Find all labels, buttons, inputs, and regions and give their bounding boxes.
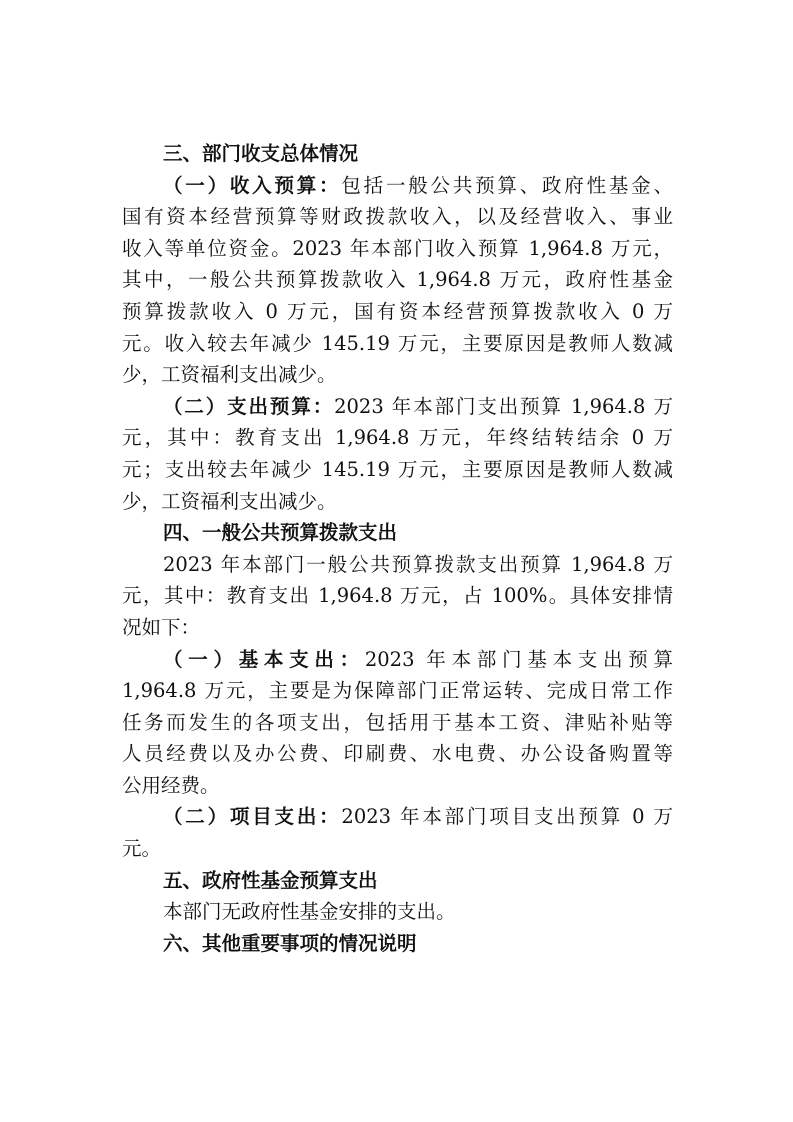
text-line: 元。 — [122, 833, 673, 865]
income-budget-paragraph: （一）收入预算：包括一般公共预算、政府性基金、 — [122, 170, 673, 202]
text-line: 收入等单位资金。2023 年本部门收入预算 1,964.8 万元， — [122, 233, 673, 265]
text-line: 少，工资福利支出减少。 — [122, 486, 673, 518]
section-heading-other-important-matters: 六、其他重要事项的情况说明 — [122, 928, 673, 960]
section-heading-revenue-expenditure-overview: 三、部门收支总体情况 — [122, 138, 673, 170]
text-line: 元，其中：教育支出 1,964.8 万元，年终结转结余 0 万 — [122, 422, 673, 454]
text-line: 2023 年本部门一般公共预算拨款支出预算 1,964.8 万 — [122, 549, 673, 581]
text-line: 人员经费以及办公费、印刷费、水电费、办公设备购置等 — [122, 738, 673, 770]
text-line: 其中，一般公共预算拨款收入 1,964.8 万元，政府性基金 — [122, 264, 673, 296]
text-line: 预算拨款收入 0 万元，国有资本经营预算拨款收入 0 万 — [122, 296, 673, 328]
text-line: 元。收入较去年减少 145.19 万元，主要原因是教师人数减 — [122, 328, 673, 360]
text-line: 元，其中：教育支出 1,964.8 万元，占 100%。具体安排情 — [122, 580, 673, 612]
text-line: 1,964.8 万元，主要是为保障部门正常运转、完成日常工作 — [122, 675, 673, 707]
project-expenditure-label: （二）项目支出： — [163, 805, 341, 828]
text-line: 公用经费。 — [122, 770, 673, 802]
section-heading-general-budget-expenditure: 四、一般公共预算拨款支出 — [122, 517, 673, 549]
income-budget-label: （一）收入预算： — [163, 174, 341, 197]
expense-budget-paragraph: （二）支出预算：2023 年本部门支出预算 1,964.8 万 — [122, 391, 673, 423]
project-expenditure-paragraph: （二）项目支出：2023 年本部门项目支出预算 0 万 — [122, 801, 673, 833]
basic-expenditure-label: （一）基本支出： — [163, 648, 365, 671]
text-line: 任务而发生的各项支出，包括用于基本工资、津贴补贴等 — [122, 707, 673, 739]
basic-expenditure-paragraph: （一）基本支出：2023 年本部门基本支出预算 — [122, 644, 673, 676]
text-line: 国有资本经营预算等财政拨款收入，以及经营收入、事业 — [122, 201, 673, 233]
text-line: 本部门无政府性基金安排的支出。 — [122, 896, 673, 928]
text-line: 况如下： — [122, 612, 673, 644]
text-line: 少，工资福利支出减少。 — [122, 359, 673, 391]
text-line: 元；支出较去年减少 145.19 万元，主要原因是教师人数减 — [122, 454, 673, 486]
expense-budget-label: （二）支出预算： — [163, 395, 334, 418]
section-heading-government-fund-expenditure: 五、政府性基金预算支出 — [122, 865, 673, 897]
document-page: 三、部门收支总体情况 （一）收入预算：包括一般公共预算、政府性基金、 国有资本经… — [122, 138, 673, 959]
